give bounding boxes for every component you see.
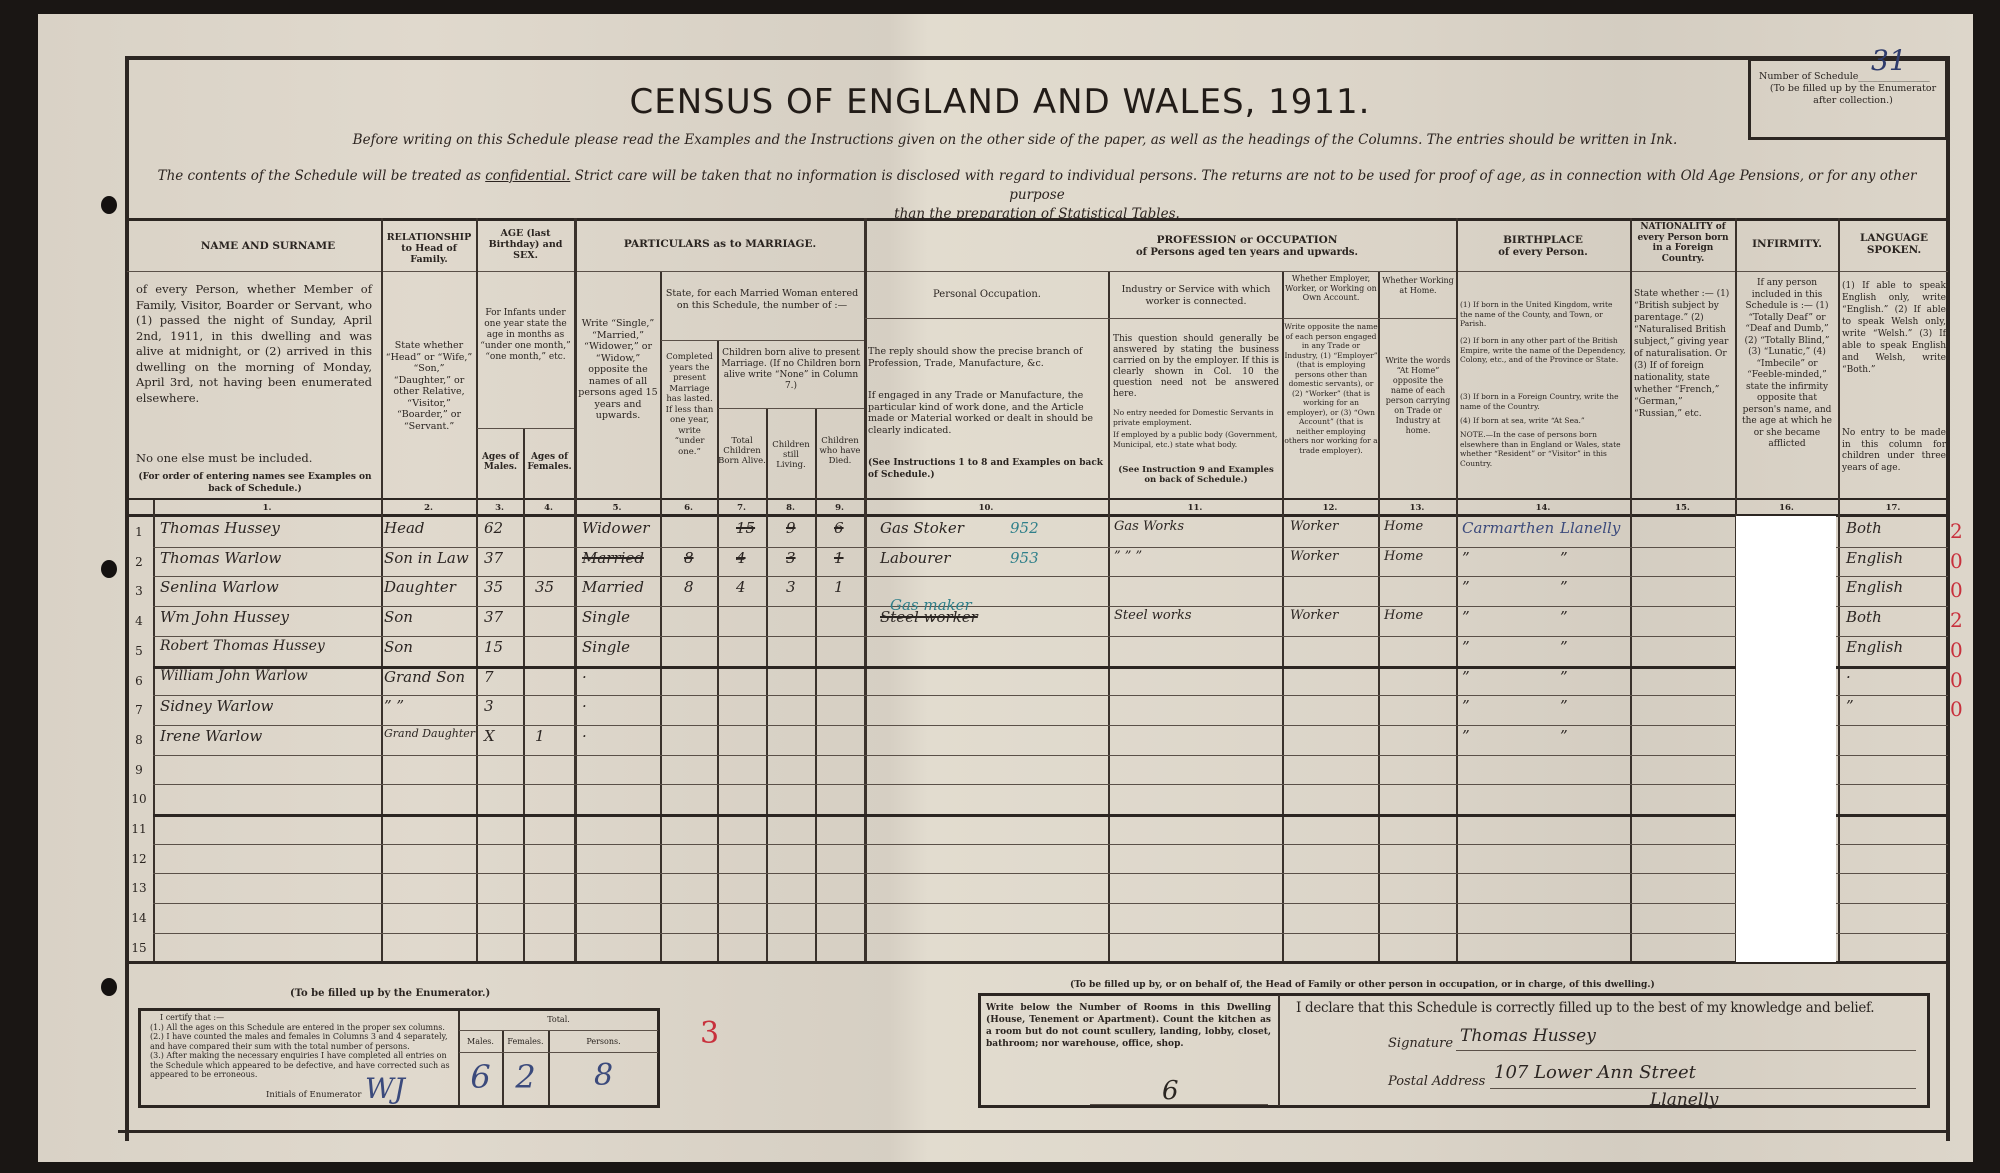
header-industry: Industry or Service with which worker is… xyxy=(1110,284,1282,307)
margin-code-cell[interactable]: 2 xyxy=(1950,608,1963,632)
col-divider xyxy=(766,408,768,961)
header-name-desc3: (For order of entering names see Example… xyxy=(132,472,378,495)
signature-value[interactable]: Thomas Hussey xyxy=(1460,1026,1596,1046)
column-number: 9. xyxy=(815,503,864,513)
person-name-cell[interactable]: Wm John Hussey xyxy=(160,608,289,626)
person-name-cell[interactable]: Thomas Hussey xyxy=(160,519,280,537)
column-number: 11. xyxy=(1108,503,1282,513)
punch-hole xyxy=(101,978,117,996)
row-rule xyxy=(153,755,1948,756)
declaration-text: I declare that this Schedule is correctl… xyxy=(1296,1000,1874,1016)
header-col11-desc4: (See Instruction 9 and Examples on back … xyxy=(1113,465,1279,485)
schedule-number-value[interactable]: 31 xyxy=(1871,55,1907,67)
row-number: 2 xyxy=(127,555,151,569)
enumerator-certificate: I certify that :— (1.) All the ages on t… xyxy=(150,1013,450,1080)
working-at-home-cell[interactable]: Home xyxy=(1384,519,1423,534)
children-died-cell[interactable]: 1 xyxy=(834,578,844,596)
relationship-cell[interactable]: Grand Daughter xyxy=(384,727,475,740)
row-rule xyxy=(153,933,1948,934)
age-subrule xyxy=(477,428,574,429)
marital-condition-cell[interactable]: · xyxy=(582,727,587,745)
header-split-rule xyxy=(127,271,1948,272)
employment-status-cell[interactable]: Worker xyxy=(1290,519,1338,534)
margin-code-cell[interactable]: 0 xyxy=(1950,549,1963,573)
header-at-home-desc: Write the words “At Home” opposite the n… xyxy=(1382,356,1454,436)
col-divider xyxy=(1378,272,1380,961)
children-living-cell[interactable]: 3 xyxy=(786,578,796,596)
header-language-desc: (1) If able to speak English only, write… xyxy=(1842,280,1946,376)
col-divider xyxy=(1630,218,1632,961)
declaration-divider xyxy=(1278,995,1280,1106)
language-spoken-cell[interactable]: English xyxy=(1846,549,1903,567)
initials-label: Initials of Enumerator xyxy=(266,1090,361,1100)
header-ages-females: Ages of Females. xyxy=(525,452,574,472)
margin-code-cell[interactable]: 2 xyxy=(1950,519,1963,543)
totals-rule xyxy=(459,1052,658,1053)
column-number: 16. xyxy=(1735,503,1838,513)
page-title: CENSUS OF ENGLAND AND WALES, 1911. xyxy=(0,82,2000,122)
children-living-cell[interactable]: 9 xyxy=(786,519,796,537)
age-male-cell[interactable]: 37 xyxy=(484,608,503,626)
children-born-cell[interactable]: 15 xyxy=(736,519,755,537)
address-line1[interactable]: 107 Lower Ann Street xyxy=(1494,1062,1696,1083)
schedule-number-label: Number of Schedule_______________ xyxy=(1759,71,1939,83)
person-name-cell[interactable]: Senlina Warlow xyxy=(160,578,279,596)
row-rule xyxy=(153,873,1948,874)
birthplace-county-cell[interactable]: ” xyxy=(1462,727,1470,745)
birthplace-town-cell[interactable]: ” xyxy=(1560,697,1568,715)
total-males-value[interactable]: 6 xyxy=(459,1058,502,1096)
enumerator-heading: (To be filled up by the Enumerator.) xyxy=(290,988,490,999)
row-number: 9 xyxy=(127,763,151,777)
row-rule xyxy=(153,547,1948,548)
marital-condition-cell[interactable]: Married xyxy=(582,549,644,567)
marriage-subrule xyxy=(661,340,864,341)
relationship-cell[interactable]: Daughter xyxy=(384,578,456,596)
column-number: 13. xyxy=(1378,503,1456,513)
header-ages-males: Ages of Males. xyxy=(478,452,523,472)
column-number: 4. xyxy=(523,503,574,513)
birthplace-county-cell[interactable]: ” xyxy=(1462,638,1470,656)
column-number: 15. xyxy=(1630,503,1735,513)
employer-subrule xyxy=(1283,318,1456,319)
birthplace-town-cell[interactable]: Llanelly xyxy=(1560,519,1620,537)
header-language-desc2: No entry to be made in this column for c… xyxy=(1842,428,1946,474)
person-name-cell[interactable]: Thomas Warlow xyxy=(160,549,281,567)
schedule-number-box: Number of Schedule_______________ (To be… xyxy=(1748,58,1948,140)
relationship-cell[interactable]: Son xyxy=(384,608,413,626)
header-years-married: Completed years the present Marriage has… xyxy=(662,352,717,457)
age-male-cell[interactable]: 7 xyxy=(484,668,494,686)
row-number: 13 xyxy=(127,881,151,895)
birthplace-county-cell[interactable]: ” xyxy=(1462,697,1470,715)
col-divider xyxy=(1456,218,1458,961)
header-marital-condition: Write “Single,” “Married,” “Widower,” or… xyxy=(577,318,659,422)
column-number: 10. xyxy=(864,503,1108,513)
personal-occupation-cell[interactable]: Gas Stoker xyxy=(880,519,964,537)
personal-occupation-cell[interactable]: Labourer xyxy=(880,549,950,567)
header-marriage: PARTICULARS as to MARRIAGE. xyxy=(576,238,864,250)
row-number: 10 xyxy=(127,792,151,806)
header-infirmity-desc: If any person included in this Schedule … xyxy=(1738,278,1836,451)
row-number: 6 xyxy=(127,674,151,688)
header-children-died: Children who have Died. xyxy=(816,436,864,466)
row-rule xyxy=(153,576,1948,577)
row-rule xyxy=(153,814,1948,817)
column-number: 1. xyxy=(153,503,381,513)
relationship-cell[interactable]: Grand Son xyxy=(384,668,465,686)
col-divider xyxy=(717,340,719,961)
table-top-rule xyxy=(127,218,1948,221)
marital-condition-cell[interactable]: Single xyxy=(582,608,630,626)
age-female-cell[interactable]: 35 xyxy=(535,578,554,596)
birthplace-town-cell[interactable]: ” xyxy=(1560,608,1568,626)
row-number: 12 xyxy=(127,852,151,866)
row-number: 7 xyxy=(127,703,151,717)
column-number: 5. xyxy=(574,503,660,513)
birthplace-county-cell[interactable]: ” xyxy=(1462,668,1470,686)
language-spoken-cell[interactable]: ” xyxy=(1846,697,1854,715)
address-rule xyxy=(1490,1088,1916,1089)
punch-hole xyxy=(101,560,117,578)
children-subrule xyxy=(718,408,864,409)
row-number: 5 xyxy=(127,644,151,658)
birthplace-town-cell[interactable]: ” xyxy=(1560,727,1568,745)
head-of-family-heading: (To be filled up by, or on behalf of, th… xyxy=(1070,980,1655,990)
margin-code-cell[interactable]: 0 xyxy=(1950,638,1963,662)
header-nationality: NATIONALITY of every Person born in a Fo… xyxy=(1631,222,1735,264)
header-birthplace-desc2: (2) If born in any other part of the Bri… xyxy=(1460,336,1626,365)
females-label: Females. xyxy=(503,1037,548,1046)
header-total-children: Total Children Born Alive. xyxy=(718,436,766,466)
birthplace-county-cell[interactable]: Carmarthen xyxy=(1462,519,1554,537)
row-number: 15 xyxy=(127,941,151,955)
children-died-cell[interactable]: 6 xyxy=(834,519,844,537)
age-male-cell[interactable]: 15 xyxy=(484,638,503,656)
age-male-cell[interactable]: 37 xyxy=(484,549,503,567)
red-annotation-mark: 3 xyxy=(700,1016,719,1051)
relationship-cell[interactable]: Son xyxy=(384,638,413,656)
total-label: Total. xyxy=(459,1015,658,1024)
header-birthplace-note: NOTE.—In the case of persons born elsewh… xyxy=(1460,430,1626,468)
relationship-cell[interactable]: ” ” xyxy=(384,697,404,715)
rooms-rule xyxy=(1090,1104,1268,1105)
header-infirmity: INFIRMITY. xyxy=(1736,238,1838,250)
column-number: 7. xyxy=(717,503,766,513)
language-spoken-cell[interactable]: English xyxy=(1846,638,1903,656)
column-number: 2. xyxy=(381,503,476,513)
enumerator-initials[interactable]: WJ xyxy=(365,1072,405,1105)
rooms-count[interactable]: 6 xyxy=(1162,1076,1179,1106)
header-col11-desc1: This question should generally be answer… xyxy=(1113,334,1279,400)
age-male-cell[interactable]: X xyxy=(484,727,495,745)
header-nationality-desc: State whether :— (1) “British subject by… xyxy=(1634,288,1732,420)
column-number: 14. xyxy=(1456,503,1630,513)
header-age-desc: For Infants under one year state the age… xyxy=(478,308,573,363)
column-number-rule xyxy=(127,514,1948,517)
relationship-cell[interactable]: Head xyxy=(384,519,425,537)
children-born-cell[interactable]: 4 xyxy=(736,549,746,567)
signature-rule xyxy=(1456,1050,1916,1051)
marital-condition-cell[interactable]: Single xyxy=(582,638,630,656)
rooms-instruction: Write below the Number of Rooms in this … xyxy=(986,1002,1271,1050)
row-rule xyxy=(153,903,1948,904)
birthplace-town-cell[interactable]: ” xyxy=(1560,668,1568,686)
address-line2[interactable]: Llanelly xyxy=(1650,1090,1718,1110)
header-col10-desc3: (See Instructions 1 to 8 and Examples on… xyxy=(868,458,1106,481)
row-number: 1 xyxy=(127,525,151,539)
relationship-cell[interactable]: Son in Law xyxy=(384,549,469,567)
header-at-home: Whether Working at Home. xyxy=(1380,276,1456,295)
schedule-number-note: (To be filled up by the Enumerator after… xyxy=(1759,83,1939,107)
header-col11-desc3: If employed by a public body (Government… xyxy=(1113,430,1279,449)
birthplace-county-cell[interactable]: ” xyxy=(1462,549,1470,567)
header-language: LANGUAGE SPOKEN. xyxy=(1839,232,1949,256)
totals-rule xyxy=(459,1030,658,1031)
column-number: 3. xyxy=(476,503,523,513)
row-rule xyxy=(153,844,1948,845)
age-male-cell[interactable]: 35 xyxy=(484,578,503,596)
column-number: 12. xyxy=(1282,503,1378,513)
col-divider xyxy=(381,218,383,961)
age-male-cell[interactable]: 62 xyxy=(484,519,503,537)
column-number: 17. xyxy=(1838,503,1948,513)
header-age: AGE (last Birthday) and SEX. xyxy=(477,228,574,261)
person-name-cell[interactable]: William John Warlow xyxy=(160,668,308,684)
row-number: 11 xyxy=(127,822,151,836)
table-bottom-rule xyxy=(127,961,1948,964)
industry-cell[interactable]: ” ” ” xyxy=(1114,549,1142,564)
header-birthplace-desc3: (3) If born in a Foreign Country, write … xyxy=(1460,392,1626,411)
header-name: NAME AND SURNAME xyxy=(155,240,381,252)
row-number: 4 xyxy=(127,614,151,628)
birthplace-county-cell[interactable]: ” xyxy=(1462,578,1470,596)
header-col11-desc2: No entry needed for Domestic Servants in… xyxy=(1113,408,1279,427)
col-divider xyxy=(1108,272,1110,961)
person-name-cell[interactable]: Robert Thomas Hussey xyxy=(160,638,325,654)
row-rule xyxy=(153,725,1948,726)
employment-status-cell[interactable]: Worker xyxy=(1290,549,1338,564)
header-employer-desc: Write opposite the name of each person e… xyxy=(1284,322,1378,455)
punch-hole xyxy=(101,196,117,214)
occupation-code-cell[interactable]: Gas maker xyxy=(890,596,972,614)
person-name-cell[interactable]: Sidney Warlow xyxy=(160,697,273,715)
row-number: 14 xyxy=(127,911,151,925)
children-died-cell[interactable]: 1 xyxy=(834,549,844,567)
occupation-code-cell[interactable]: 952 xyxy=(1010,519,1039,537)
marital-condition-cell[interactable]: Widower xyxy=(582,519,649,537)
total-females-value[interactable]: 2 xyxy=(503,1058,548,1096)
col-divider xyxy=(815,408,817,961)
margin-code-cell[interactable]: 0 xyxy=(1950,697,1963,721)
header-employer: Whether Employer, Worker, or Working on … xyxy=(1284,274,1378,303)
address-label: Postal Address xyxy=(1388,1074,1485,1089)
working-at-home-cell[interactable]: Home xyxy=(1384,608,1423,623)
birthplace-town-cell[interactable]: ” xyxy=(1560,578,1568,596)
margin-code-cell[interactable]: 0 xyxy=(1950,578,1963,602)
years-married-cell[interactable]: 8 xyxy=(684,549,694,567)
marital-condition-cell[interactable]: Married xyxy=(582,578,644,596)
header-birthplace-desc4: (4) If born at sea, write “At Sea.” xyxy=(1460,416,1626,426)
margin-code-cell[interactable]: 0 xyxy=(1950,668,1963,692)
redacted-infirmity-column xyxy=(1736,516,1836,962)
col-divider xyxy=(864,218,867,961)
marital-condition-cell[interactable]: · xyxy=(582,668,587,686)
header-birthplace-subtitle: of every Person. xyxy=(1457,247,1629,259)
birthplace-town-cell[interactable]: ” xyxy=(1560,549,1568,567)
row-rule xyxy=(153,636,1948,637)
occupation-subrule xyxy=(865,318,1282,319)
subheader-rule xyxy=(127,498,1948,500)
occupation-code-cell[interactable]: 953 xyxy=(1010,549,1039,567)
header-birthplace: BIRTHPLACE xyxy=(1457,234,1629,246)
age-female-cell[interactable]: 1 xyxy=(535,727,545,745)
header-col10-desc2: If engaged in any Trade or Manufacture, … xyxy=(868,390,1106,436)
col-divider xyxy=(153,500,155,961)
language-spoken-cell[interactable]: Both xyxy=(1846,519,1882,537)
language-spoken-cell[interactable]: Both xyxy=(1846,608,1882,626)
children-living-cell[interactable]: 3 xyxy=(786,549,796,567)
header-name-desc: of every Person, whether Member of Famil… xyxy=(136,282,372,406)
row-rule xyxy=(153,695,1948,696)
industry-cell[interactable]: Gas Works xyxy=(1114,519,1184,534)
marital-condition-cell[interactable]: · xyxy=(582,697,587,715)
page-bottom-rule xyxy=(118,1130,1948,1133)
birthplace-county-cell[interactable]: ” xyxy=(1462,608,1470,626)
total-persons-value[interactable]: 8 xyxy=(549,1058,658,1093)
row-rule xyxy=(153,784,1948,785)
header-name-desc2: No one else must be included. xyxy=(136,453,372,465)
children-born-cell[interactable]: 4 xyxy=(736,578,746,596)
column-number: 6. xyxy=(660,503,717,513)
language-spoken-cell[interactable]: English xyxy=(1846,578,1903,596)
row-rule xyxy=(153,606,1948,607)
signature-label: Signature xyxy=(1388,1036,1453,1051)
column-number: 8. xyxy=(766,503,815,513)
col-divider xyxy=(1838,218,1840,961)
language-spoken-cell[interactable]: · xyxy=(1846,668,1851,686)
industry-cell[interactable]: Steel works xyxy=(1114,608,1192,623)
row-number: 8 xyxy=(127,733,151,747)
header-birthplace-desc1: (1) If born in the United Kingdom, write… xyxy=(1460,300,1626,329)
header-col10-desc1: The reply should show the precise branch… xyxy=(868,346,1106,369)
employment-status-cell[interactable]: Worker xyxy=(1290,608,1338,623)
age-male-cell[interactable]: 3 xyxy=(484,697,494,715)
header-relationship-desc: State whether “Head” or “Wife,” “Son,” “… xyxy=(384,340,474,432)
years-married-cell[interactable]: 8 xyxy=(684,578,694,596)
males-label: Males. xyxy=(459,1037,502,1046)
confidentiality-notice: The contents of the Schedule will be tre… xyxy=(152,167,1922,224)
header-children-living: Children still Living. xyxy=(767,440,815,470)
instruction-line: Before writing on this Schedule please r… xyxy=(290,132,1740,148)
working-at-home-cell[interactable]: Home xyxy=(1384,549,1423,564)
header-relationship: RELATIONSHIP to Head of Family. xyxy=(382,232,476,265)
header-personal-occupation: Personal Occupation. xyxy=(866,289,1108,301)
header-married-woman: State, for each Married Woman entered on… xyxy=(664,288,860,311)
birthplace-town-cell[interactable]: ” xyxy=(1560,638,1568,656)
person-name-cell[interactable]: Irene Warlow xyxy=(160,727,262,745)
header-children-born: Children born alive to present Marriage.… xyxy=(720,348,862,392)
row-number: 3 xyxy=(127,584,151,598)
persons-label: Persons. xyxy=(549,1037,658,1046)
